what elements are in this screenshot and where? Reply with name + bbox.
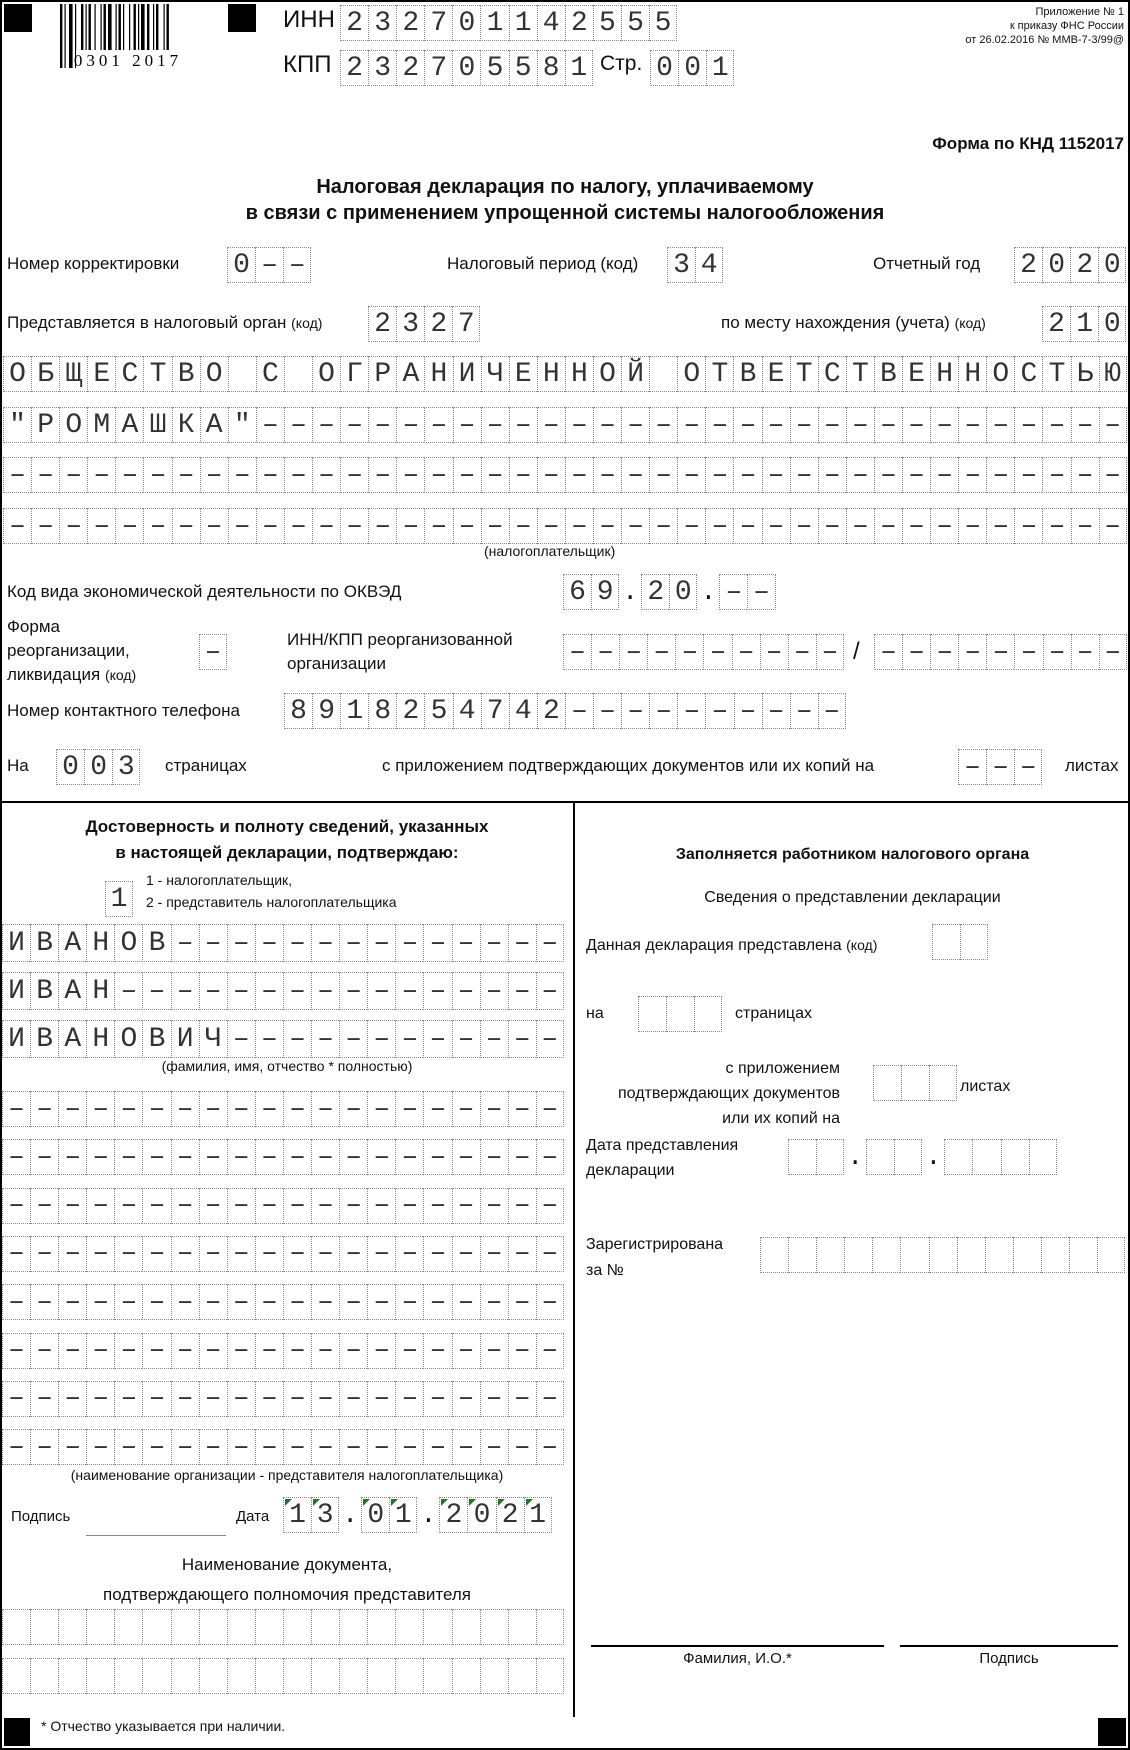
char-cell[interactable]: – [171,1429,199,1465]
char-cell[interactable]: – [2,1429,30,1465]
taxpayer-name-row[interactable]: ОБЩЕСТВОСОГРАНИЧЕННОЙОТВЕТСТВЕННОСТЬЮ [3,356,1127,392]
char-cell[interactable] [894,1139,922,1175]
char-cell[interactable]: Т [705,356,733,392]
char-cell[interactable] [114,1609,142,1645]
char-cell[interactable] [536,1609,564,1645]
char-cell[interactable]: – [395,924,423,962]
char-cell[interactable]: 0 [227,247,255,283]
representative-org-row[interactable]: –––––––––––––––––––– [2,1284,564,1320]
char-cell[interactable]: – [311,1139,339,1175]
char-cell[interactable]: – [114,1236,142,1272]
char-cell[interactable]: – [747,574,775,610]
char-cell[interactable]: – [339,1236,367,1272]
char-cell[interactable]: – [452,1429,480,1465]
char-cell[interactable]: – [142,972,170,1010]
char-cell[interactable]: – [339,1139,367,1175]
char-cell[interactable] [480,1609,508,1645]
char-cell[interactable]: – [256,457,284,493]
char-cell[interactable]: – [565,407,593,443]
char-cell[interactable]: 1 [706,50,734,86]
char-cell[interactable]: В [142,1020,170,1058]
char-cell[interactable]: – [762,693,790,729]
char-cell[interactable]: 5 [593,5,621,41]
year-field[interactable]: 2020 [1014,247,1126,283]
char-cell[interactable]: 2 [1070,247,1098,283]
char-cell[interactable] [367,1658,395,1694]
char-cell[interactable] [423,1658,451,1694]
char-cell[interactable]: – [340,407,368,443]
char-cell[interactable]: – [453,508,481,544]
char-cell[interactable]: – [565,457,593,493]
authority-field[interactable]: 2327 [368,306,480,342]
char-cell[interactable]: – [227,1333,255,1369]
pages-count-field[interactable]: 003 [56,749,140,785]
representative-org-row[interactable]: –––––––––––––––––––– [2,1381,564,1417]
taxpayer-name-row[interactable]: –––––––––––––––––––––––––––––––––––––––– [3,508,1127,544]
char-cell[interactable]: 7 [424,50,452,86]
char-cell[interactable]: – [368,407,396,443]
char-cell[interactable]: – [423,1091,451,1127]
char-cell[interactable]: 1 [1070,306,1098,342]
char-cell[interactable]: – [58,1236,86,1272]
char-cell[interactable]: А [396,356,424,392]
char-cell[interactable]: 0 [56,749,84,785]
char-cell[interactable]: – [395,1333,423,1369]
char-cell[interactable]: – [395,1188,423,1224]
char-cell[interactable]: – [339,1091,367,1127]
char-cell[interactable]: – [367,1188,395,1224]
char-cell[interactable]: 1 [389,1497,417,1533]
char-cell[interactable]: – [986,508,1014,544]
char-cell[interactable]: – [199,924,227,962]
char-cell[interactable] [760,1237,788,1273]
char-cell[interactable]: 9 [591,574,619,610]
char-cell[interactable] [900,1237,928,1273]
representative-org-row[interactable]: –––––––––––––––––––– [2,1236,564,1272]
signature-date-field[interactable]: 13.01.2021 [283,1497,552,1533]
char-cell[interactable]: – [508,1188,536,1224]
char-cell[interactable]: В [172,356,200,392]
char-cell[interactable]: Т [143,356,171,392]
char-cell[interactable]: – [199,972,227,1010]
char-cell[interactable]: – [199,1429,227,1465]
char-cell[interactable]: – [255,1429,283,1465]
char-cell[interactable]: – [930,457,958,493]
char-cell[interactable]: – [649,407,677,443]
char-cell[interactable]: – [172,457,200,493]
char-cell[interactable]: – [452,924,480,962]
char-cell[interactable]: 4 [509,693,537,729]
char-cell[interactable]: – [199,1091,227,1127]
char-cell[interactable]: – [114,1188,142,1224]
char-cell[interactable]: – [818,457,846,493]
char-cell[interactable]: – [677,457,705,493]
char-cell[interactable]: С [1014,356,1042,392]
char-cell[interactable]: В [30,1020,58,1058]
char-cell[interactable]: – [1099,407,1127,443]
char-cell[interactable]: – [227,1429,255,1465]
char-cell[interactable]: Н [958,356,986,392]
char-cell[interactable]: – [733,508,761,544]
char-cell[interactable]: Е [762,356,790,392]
char-cell[interactable]: – [705,508,733,544]
char-cell[interactable] [638,996,666,1032]
char-cell[interactable]: – [986,407,1014,443]
char-cell[interactable]: – [508,1429,536,1465]
char-cell[interactable]: – [284,407,312,443]
char-cell[interactable] [666,996,694,1032]
char-cell[interactable]: – [283,924,311,962]
char-cell[interactable]: – [1042,407,1070,443]
char-cell[interactable]: – [958,407,986,443]
char-cell[interactable]: – [142,1091,170,1127]
char-cell[interactable] [649,356,677,392]
char-cell[interactable]: 2 [368,306,396,342]
char-cell[interactable]: – [424,457,452,493]
char-cell[interactable]: – [255,1091,283,1127]
char-cell[interactable]: – [171,1284,199,1320]
char-cell[interactable] [844,1237,872,1273]
char-cell[interactable]: – [367,1236,395,1272]
char-cell[interactable]: Е [509,356,537,392]
char-cell[interactable]: " [3,407,31,443]
cell-group[interactable]: 2021 [439,1497,551,1533]
char-cell[interactable] [1097,1237,1125,1273]
char-cell[interactable]: – [423,1139,451,1175]
char-cell[interactable] [932,924,960,960]
char-cell[interactable]: Ю [1099,356,1127,392]
char-cell[interactable]: – [733,457,761,493]
char-cell[interactable]: – [171,1381,199,1417]
char-cell[interactable]: – [536,972,564,1010]
char-cell[interactable]: 3 [368,5,396,41]
char-cell[interactable]: – [142,1381,170,1417]
char-cell[interactable]: 4 [695,247,723,283]
char-cell[interactable]: 0 [678,50,706,86]
char-cell[interactable] [58,1609,86,1645]
char-cell[interactable]: С [818,356,846,392]
char-cell[interactable]: – [790,693,818,729]
char-cell[interactable]: " [228,407,256,443]
char-cell[interactable]: – [958,508,986,544]
char-cell[interactable]: – [255,924,283,962]
char-cell[interactable]: – [367,1139,395,1175]
char-cell[interactable]: – [452,1284,480,1320]
char-cell[interactable]: – [536,1020,564,1058]
char-cell[interactable]: Е [902,356,930,392]
char-cell[interactable]: – [199,1139,227,1175]
char-cell[interactable]: – [255,247,283,283]
char-cell[interactable]: – [930,634,958,670]
char-cell[interactable]: 3 [667,247,695,283]
char-cell[interactable] [816,1139,844,1175]
char-cell[interactable]: – [480,1333,508,1369]
char-cell[interactable]: – [142,1429,170,1465]
char-cell[interactable]: – [986,634,1014,670]
char-cell[interactable] [536,1658,564,1694]
char-cell[interactable]: – [621,457,649,493]
char-cell[interactable]: – [874,407,902,443]
char-cell[interactable]: 1 [565,50,593,86]
char-cell[interactable]: – [790,508,818,544]
char-cell[interactable]: О [114,1020,142,1058]
cell-group[interactable]: 69 [563,574,619,610]
char-cell[interactable]: 1 [480,5,508,41]
char-cell[interactable]: – [283,1091,311,1127]
char-cell[interactable]: – [677,407,705,443]
char-cell[interactable]: – [368,457,396,493]
char-cell[interactable]: – [846,508,874,544]
char-cell[interactable]: – [481,457,509,493]
char-cell[interactable]: – [58,1381,86,1417]
char-cell[interactable]: – [283,972,311,1010]
char-cell[interactable]: – [1014,634,1042,670]
char-cell[interactable]: В [874,356,902,392]
char-cell[interactable]: – [508,1236,536,1272]
char-cell[interactable]: С [115,356,143,392]
char-cell[interactable]: – [677,693,705,729]
representative-org-row[interactable]: –––––––––––––––––––– [2,1091,564,1127]
char-cell[interactable]: – [114,1381,142,1417]
char-cell[interactable] [423,1609,451,1645]
kpp-field[interactable]: 232705581 [340,50,593,86]
char-cell[interactable]: – [508,1020,536,1058]
char-cell[interactable] [929,1237,957,1273]
char-cell[interactable] [86,1658,114,1694]
char-cell[interactable]: 7 [481,693,509,729]
char-cell[interactable]: – [312,407,340,443]
char-cell[interactable]: – [593,508,621,544]
char-cell[interactable]: 5 [621,5,649,41]
char-cell[interactable]: 7 [424,5,452,41]
char-cell[interactable]: – [480,1381,508,1417]
char-cell[interactable]: – [762,457,790,493]
char-cell[interactable]: – [58,1333,86,1369]
char-cell[interactable]: – [395,972,423,1010]
char-cell[interactable]: – [818,693,846,729]
char-cell[interactable]: – [312,508,340,544]
char-cell[interactable] [788,1237,816,1273]
char-cell[interactable]: 5 [649,5,677,41]
char-cell[interactable]: – [227,924,255,962]
char-cell[interactable]: – [1014,407,1042,443]
char-cell[interactable]: – [311,1284,339,1320]
char-cell[interactable]: – [171,1333,199,1369]
signer-surname-row[interactable]: ИВАНОВ–––––––––––––– [2,924,564,962]
char-cell[interactable]: – [283,1236,311,1272]
char-cell[interactable] [873,1065,901,1101]
char-cell[interactable]: – [255,972,283,1010]
char-cell[interactable]: – [508,1333,536,1369]
char-cell[interactable]: – [1071,407,1099,443]
char-cell[interactable]: – [649,693,677,729]
office-pages-field[interactable] [638,996,722,1032]
char-cell[interactable]: – [452,1091,480,1127]
char-cell[interactable]: – [395,1091,423,1127]
char-cell[interactable]: – [339,924,367,962]
char-cell[interactable]: – [509,508,537,544]
char-cell[interactable] [508,1658,536,1694]
char-cell[interactable]: 0 [467,1497,495,1533]
period-field[interactable]: 34 [667,247,723,283]
char-cell[interactable]: – [339,1429,367,1465]
char-cell[interactable]: – [423,1188,451,1224]
char-cell[interactable]: – [874,457,902,493]
char-cell[interactable]: – [142,1139,170,1175]
char-cell[interactable] [171,1658,199,1694]
char-cell[interactable]: – [846,407,874,443]
char-cell[interactable]: – [199,1284,227,1320]
char-cell[interactable]: – [1071,508,1099,544]
char-cell[interactable]: А [58,972,86,1010]
char-cell[interactable]: – [255,1188,283,1224]
char-cell[interactable]: – [339,1188,367,1224]
correction-field[interactable]: 0–– [227,247,311,283]
char-cell[interactable]: 5 [424,693,452,729]
char-cell[interactable]: – [647,634,675,670]
char-cell[interactable]: – [199,1236,227,1272]
char-cell[interactable]: – [762,508,790,544]
char-cell[interactable]: – [818,508,846,544]
char-cell[interactable]: – [846,457,874,493]
char-cell[interactable] [311,1658,339,1694]
char-cell[interactable]: О [200,356,228,392]
char-cell[interactable]: – [593,407,621,443]
char-cell[interactable]: Ш [143,407,171,443]
char-cell[interactable]: – [368,508,396,544]
char-cell[interactable]: А [58,1020,86,1058]
char-cell[interactable]: – [536,1284,564,1320]
char-cell[interactable]: – [227,1139,255,1175]
char-cell[interactable] [508,1609,536,1645]
char-cell[interactable]: – [283,1381,311,1417]
char-cell[interactable] [228,356,256,392]
char-cell[interactable] [284,356,312,392]
char-cell[interactable]: Ч [481,356,509,392]
char-cell[interactable]: – [256,407,284,443]
char-cell[interactable] [2,1609,30,1645]
char-cell[interactable]: 3 [396,306,424,342]
char-cell[interactable]: – [30,1236,58,1272]
char-cell[interactable]: – [199,1333,227,1369]
char-cell[interactable]: – [619,634,647,670]
char-cell[interactable]: – [508,1091,536,1127]
char-cell[interactable]: 2 [340,5,368,41]
reorg-form-field[interactable]: – [199,634,227,670]
char-cell[interactable]: – [367,1333,395,1369]
char-cell[interactable]: – [536,1236,564,1272]
char-cell[interactable]: – [621,693,649,729]
char-cell[interactable]: Б [31,356,59,392]
char-cell[interactable]: 0 [361,1497,389,1533]
char-cell[interactable]: 3 [368,50,396,86]
char-cell[interactable]: – [703,634,731,670]
char-cell[interactable] [395,1609,423,1645]
char-cell[interactable]: – [509,457,537,493]
char-cell[interactable]: В [733,356,761,392]
char-cell[interactable]: – [227,1236,255,1272]
char-cell[interactable] [114,1658,142,1694]
char-cell[interactable] [283,1658,311,1694]
char-cell[interactable]: – [508,1381,536,1417]
reorg-kpp-field[interactable]: ––––––––– [874,634,1127,670]
char-cell[interactable]: А [200,407,228,443]
char-cell[interactable]: 0 [650,50,678,86]
char-cell[interactable]: – [171,1236,199,1272]
char-cell[interactable]: – [367,1020,395,1058]
char-cell[interactable]: Н [930,356,958,392]
char-cell[interactable]: – [480,1188,508,1224]
char-cell[interactable]: – [395,1020,423,1058]
char-cell[interactable]: – [452,1236,480,1272]
char-cell[interactable]: – [986,749,1014,785]
char-cell[interactable]: – [790,407,818,443]
char-cell[interactable]: – [86,1236,114,1272]
char-cell[interactable]: – [114,1429,142,1465]
char-cell[interactable] [171,1609,199,1645]
char-cell[interactable]: – [424,508,452,544]
char-cell[interactable]: Ь [1071,356,1099,392]
char-cell[interactable]: – [2,1091,30,1127]
char-cell[interactable]: – [58,1429,86,1465]
char-cell[interactable]: Т [790,356,818,392]
char-cell[interactable]: 0 [1098,306,1126,342]
okved-field[interactable]: 69.20.–– [563,574,776,610]
registration-number-field[interactable] [760,1237,1125,1273]
char-cell[interactable]: 0 [452,5,480,41]
char-cell[interactable]: И [2,1020,30,1058]
char-cell[interactable]: – [228,457,256,493]
cell-group[interactable]: 13 [283,1497,339,1533]
char-cell[interactable]: – [1014,749,1042,785]
char-cell[interactable]: – [621,508,649,544]
char-cell[interactable] [1041,1237,1069,1273]
char-cell[interactable]: О [114,924,142,962]
char-cell[interactable]: – [536,1188,564,1224]
char-cell[interactable]: И [2,972,30,1010]
char-cell[interactable]: – [816,634,844,670]
cell-group[interactable]: 20 [641,574,697,610]
char-cell[interactable]: – [453,407,481,443]
char-cell[interactable] [339,1658,367,1694]
char-cell[interactable] [872,1237,900,1273]
char-cell[interactable]: – [143,508,171,544]
char-cell[interactable]: – [311,1188,339,1224]
char-cell[interactable]: – [87,508,115,544]
char-cell[interactable]: – [1014,457,1042,493]
char-cell[interactable]: – [481,508,509,544]
char-cell[interactable]: – [228,508,256,544]
char-cell[interactable]: В [30,924,58,962]
char-cell[interactable]: – [452,1333,480,1369]
char-cell[interactable]: – [86,1284,114,1320]
char-cell[interactable]: – [480,1236,508,1272]
char-cell[interactable]: – [508,1284,536,1320]
char-cell[interactable]: – [675,634,703,670]
char-cell[interactable]: – [423,1429,451,1465]
char-cell[interactable]: – [58,1284,86,1320]
char-cell[interactable]: – [311,924,339,962]
char-cell[interactable]: – [59,508,87,544]
char-cell[interactable]: – [172,508,200,544]
char-cell[interactable]: – [255,1139,283,1175]
char-cell[interactable] [1069,1237,1097,1273]
char-cell[interactable]: – [171,924,199,962]
cell-group[interactable]: 01 [361,1497,417,1533]
char-cell[interactable]: 1 [283,1497,311,1533]
char-cell[interactable]: – [423,1333,451,1369]
page-number-field[interactable]: 001 [650,50,734,86]
